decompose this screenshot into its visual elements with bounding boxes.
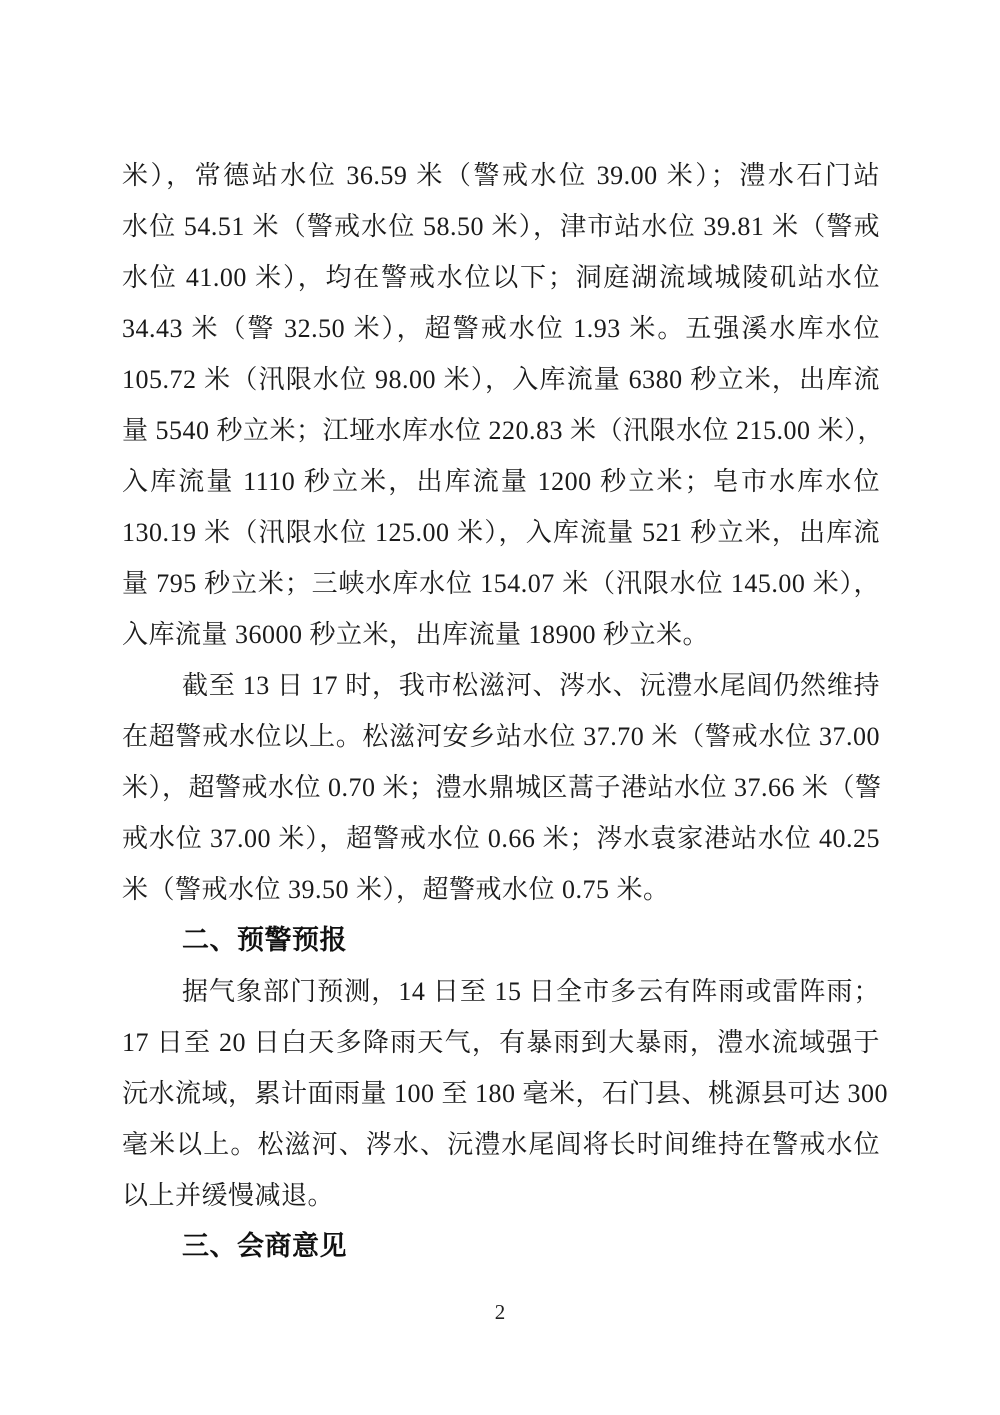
text-line: 入库流量 36000 秒立米，出库流量 18900 秒立米。 (122, 609, 880, 660)
document-page: 米），常德站水位 36.59 米（警戒水位 39.00 米）；澧水石门站水位 5… (0, 0, 1000, 1415)
text-line: 130.19 米（汛限水位 125.00 米），入库流量 521 秒立米，出库流 (122, 507, 880, 558)
text-line: 入库流量 1110 秒立米，出库流量 1200 秒立米；皂市水库水位 (122, 456, 880, 507)
text-line: 量 5540 秒立米；江垭水库水位 220.83 米（汛限水位 215.00 米… (122, 405, 880, 456)
section-heading: 三、会商意见 (122, 1221, 880, 1272)
text-line: 34.43 米（警 32.50 米），超警戒水位 1.93 米。五强溪水库水位 (122, 303, 880, 354)
text-line: 米），超警戒水位 0.70 米；澧水鼎城区蒿子港站水位 37.66 米（警 (122, 762, 880, 813)
page-number: 2 (0, 1300, 1000, 1325)
text-line: 沅水流域，累计面雨量 100 至 180 毫米，石门县、桃源县可达 300 (122, 1068, 880, 1119)
text-line: 米（警戒水位 39.50 米），超警戒水位 0.75 米。 (122, 864, 880, 915)
text-line: 截至 13 日 17 时，我市松滋河、涔水、沅澧水尾闾仍然维持 (122, 660, 880, 711)
text-line: 105.72 米（汛限水位 98.00 米），入库流量 6380 秒立米，出库流 (122, 354, 880, 405)
section-heading: 二、预警预报 (122, 915, 880, 966)
document-body: 米），常德站水位 36.59 米（警戒水位 39.00 米）；澧水石门站水位 5… (122, 150, 880, 1272)
text-line: 戒水位 37.00 米），超警戒水位 0.66 米；涔水袁家港站水位 40.25 (122, 813, 880, 864)
text-line: 以上并缓慢减退。 (122, 1170, 880, 1221)
text-line: 量 795 秒立米；三峡水库水位 154.07 米（汛限水位 145.00 米）… (122, 558, 880, 609)
text-line: 据气象部门预测，14 日至 15 日全市多云有阵雨或雷阵雨； (122, 966, 880, 1017)
text-line: 水位 41.00 米），均在警戒水位以下；洞庭湖流域城陵矶站水位 (122, 252, 880, 303)
text-line: 17 日至 20 日白天多降雨天气，有暴雨到大暴雨，澧水流域强于 (122, 1017, 880, 1068)
text-line: 水位 54.51 米（警戒水位 58.50 米），津市站水位 39.81 米（警… (122, 201, 880, 252)
text-line: 在超警戒水位以上。松滋河安乡站水位 37.70 米（警戒水位 37.00 (122, 711, 880, 762)
text-line: 毫米以上。松滋河、涔水、沅澧水尾闾将长时间维持在警戒水位 (122, 1119, 880, 1170)
text-line: 米），常德站水位 36.59 米（警戒水位 39.00 米）；澧水石门站 (122, 150, 880, 201)
